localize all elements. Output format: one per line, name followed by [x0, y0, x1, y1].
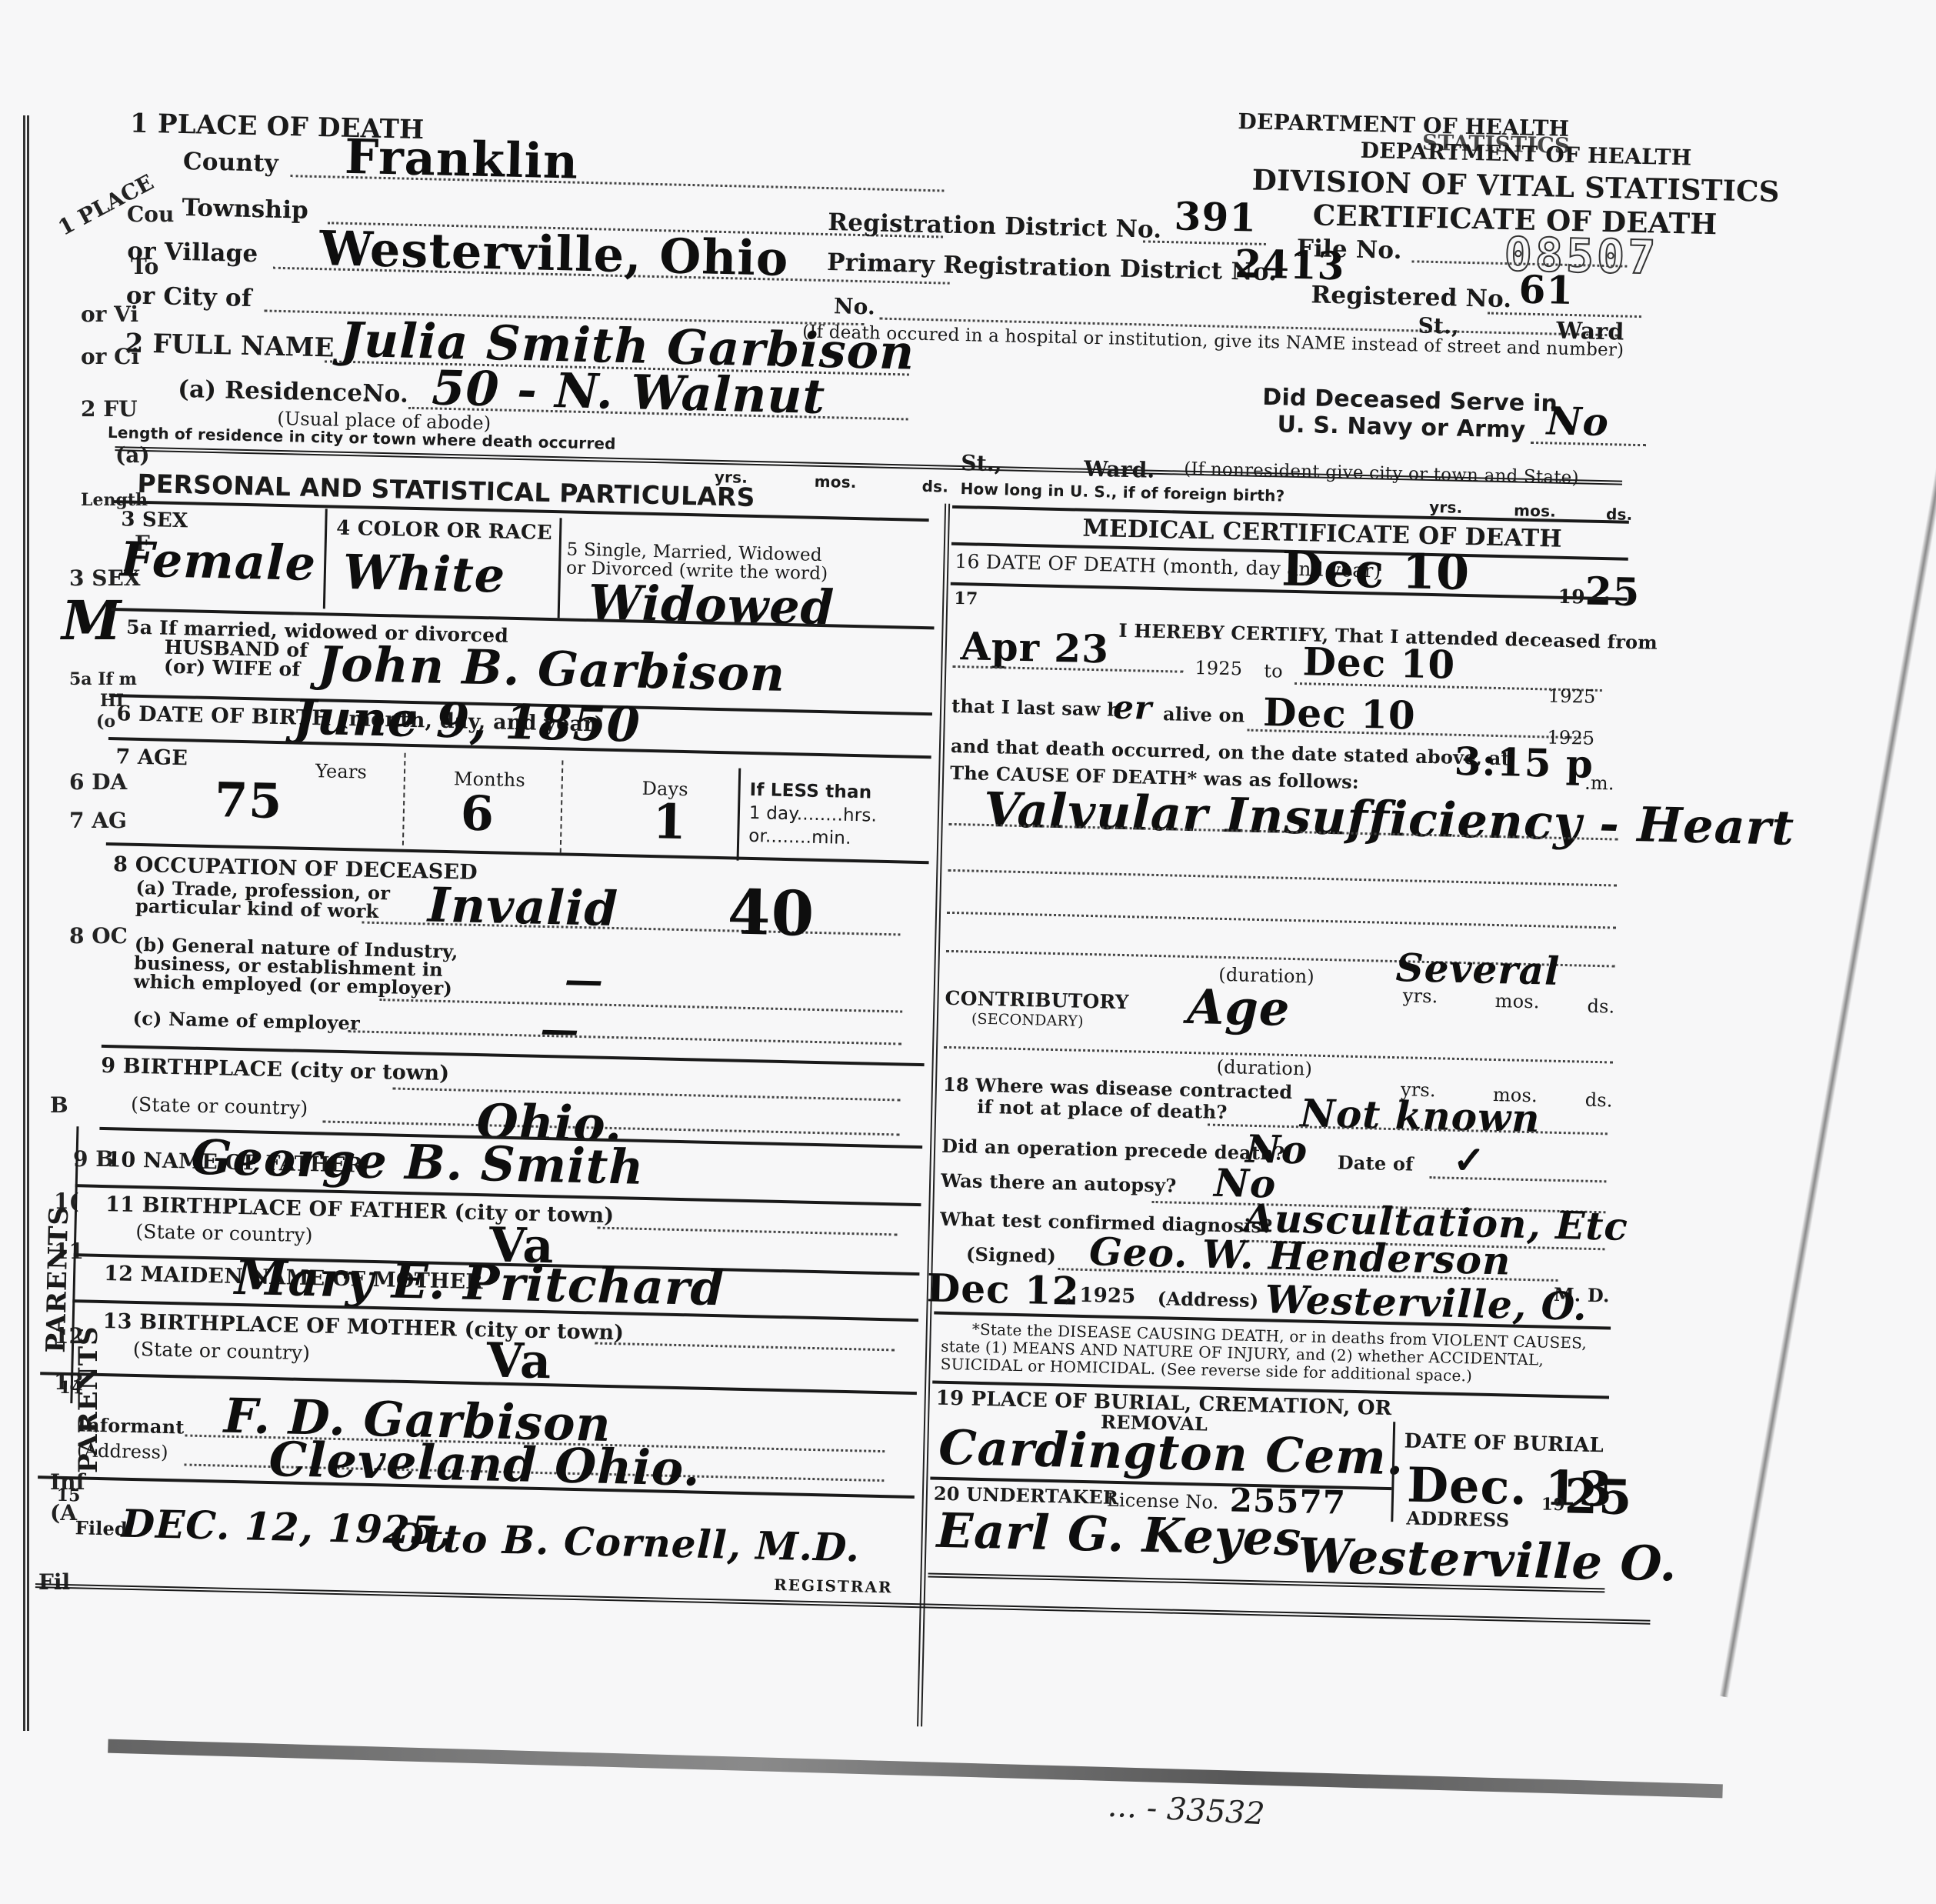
- doctor-address-label: (Address): [1157, 1287, 1258, 1312]
- parents-side-label: PARENTS: [41, 1205, 75, 1353]
- birthplace-label: 9 BIRTHPLACE (city or town): [101, 1054, 450, 1085]
- village-value: Westerville, Ohio: [319, 220, 789, 287]
- attended-to-year: 1925: [1548, 685, 1596, 707]
- length-mos: mos.: [814, 472, 856, 492]
- occ-b-value: —: [564, 957, 604, 1003]
- burial-date-label: DATE OF BURIAL: [1404, 1429, 1604, 1457]
- attended-from-year: 1925: [1195, 657, 1243, 679]
- registrar-label: REGISTRAR: [774, 1576, 893, 1596]
- age-months-value: 6: [460, 785, 495, 842]
- date-of-label: Date of: [1338, 1151, 1414, 1175]
- secondary-label: (SECONDARY): [971, 1011, 1084, 1030]
- back-label: B: [50, 1092, 68, 1118]
- race-label: 4 COLOR OR RACE: [336, 517, 552, 545]
- contracted-value: Not known: [1300, 1090, 1541, 1141]
- contracted-label-2: if not at place of death?: [977, 1095, 1228, 1123]
- city-label: or City of: [126, 282, 252, 312]
- cause-of-death-value: Valvular Insufficiency - Heart: [983, 782, 1795, 856]
- item-17-label: 17: [954, 589, 978, 609]
- sex-value: Female: [119, 531, 316, 592]
- undertaker-address-label: ADDRESS: [1406, 1507, 1510, 1532]
- navy-label-2: U. S. Navy or Army: [1277, 411, 1526, 443]
- signed-label: (Signed): [966, 1242, 1057, 1267]
- attended-to-value: Dec 10: [1302, 639, 1456, 687]
- race-value: White: [342, 544, 506, 604]
- contributory-value: Age: [1187, 979, 1291, 1037]
- father-name-value: George B. Smith: [191, 1129, 645, 1195]
- spouse-label-3: (or) WIFE of: [164, 655, 301, 681]
- dod-year-value: 25: [1584, 569, 1641, 615]
- duration-ds: ds.: [1587, 995, 1615, 1018]
- signed-year: , 1925: [1065, 1283, 1136, 1308]
- date-of-value: ✓: [1452, 1137, 1486, 1183]
- filed-label: Filed: [75, 1516, 128, 1540]
- death-certificate-scan: 1 PLACE Cou To or Vi or Ci 2 FU (a) Leng…: [0, 0, 1936, 1904]
- less-hrs-label: 1 day........hrs.: [749, 803, 878, 826]
- registered-no-label: Registered No.: [1311, 281, 1512, 313]
- back-label: Fil: [38, 1569, 70, 1595]
- st-label: St.,: [1418, 313, 1459, 339]
- hospital-note: (If death occured in a hospital or insti…: [802, 322, 1624, 360]
- occupation-value: Invalid: [427, 876, 618, 937]
- mother-birthplace-state: (State or country): [133, 1338, 311, 1364]
- occ-c-label: (c) Name of employer: [132, 1007, 360, 1035]
- duration-yrs: yrs.: [1402, 985, 1438, 1007]
- autopsy-label: Was there an autopsy?: [941, 1169, 1177, 1197]
- occ-a-label-2: particular kind of work: [135, 895, 379, 922]
- time-suffix: .m.: [1584, 772, 1614, 795]
- duration-ds-2: ds.: [1584, 1089, 1613, 1112]
- signed-date-value: Dec 12: [926, 1265, 1080, 1313]
- alive-on-label: alive on: [1163, 702, 1245, 726]
- residence-st-label: St.,: [961, 450, 1002, 476]
- to-label: to: [1264, 660, 1283, 682]
- full-name-label: 2 FULL NAME: [125, 328, 335, 363]
- statistics-overlay: STATISTICS: [1422, 130, 1571, 158]
- street-no-label: No.: [834, 293, 876, 319]
- contributory-label: CONTRIBUTORY: [945, 987, 1129, 1013]
- age-years-value: 75: [214, 772, 283, 829]
- county-value: Franklin: [344, 128, 579, 190]
- years-label: Years: [315, 760, 368, 783]
- residence-label: (a) Residence.: [178, 375, 372, 408]
- foreign-yrs: yrs.: [1429, 498, 1463, 517]
- sex-label: 3 SEX: [121, 508, 188, 532]
- township-label: Township: [182, 194, 308, 225]
- last-saw-her: er: [1113, 689, 1153, 727]
- burial-year-value: 25: [1564, 1468, 1633, 1526]
- foreign-birth-label: How long in U. S., if of foreign birth?: [960, 479, 1285, 505]
- less-than-label: If LESS than: [749, 780, 871, 803]
- duration-mos: mos.: [1494, 990, 1540, 1012]
- age-label: 7 AGE: [115, 745, 188, 770]
- father-birthplace-state: (State or country): [135, 1220, 313, 1246]
- village-label: or Village: [127, 237, 258, 268]
- registration-district-label: Registration District No.: [828, 208, 1162, 244]
- burial-year-prefix: 19: [1541, 1495, 1566, 1516]
- burial-place-value: Cardington Cem.: [938, 1419, 1405, 1486]
- length-ds: ds.: [921, 477, 948, 496]
- occupation-code: 40: [727, 875, 815, 950]
- attended-from-value: Apr 23: [960, 623, 1109, 672]
- informant-address-label: (Address): [77, 1439, 169, 1463]
- last-saw-label: that I last saw h: [951, 695, 1121, 721]
- registration-district-value: 391: [1174, 193, 1258, 240]
- age-days-value: 1: [652, 793, 688, 850]
- undertaker-value: Earl G. Keyes: [936, 1502, 1302, 1567]
- informant-num: 14: [58, 1378, 83, 1399]
- navy-value: No: [1546, 398, 1609, 445]
- bottom-reference-number: ... - 33532: [1107, 1789, 1265, 1832]
- duration-label-2: (duration): [1216, 1056, 1312, 1080]
- county-label: County: [183, 148, 279, 178]
- birthplace-state-label: (State or country): [131, 1093, 308, 1119]
- mother-birthplace-value: Va: [486, 1332, 552, 1389]
- occ-c-value: —: [540, 1006, 580, 1052]
- less-min-label: or........min.: [748, 826, 851, 849]
- residence-no-label: No.: [362, 379, 409, 408]
- registered-no-value: 61: [1518, 266, 1574, 313]
- filed-num: 15: [56, 1486, 81, 1506]
- registrar-signature: Otto B. Cornell, M.D.: [390, 1515, 861, 1571]
- time-of-death-value: 3:15 p: [1454, 739, 1594, 787]
- informant-label: Informant: [77, 1413, 185, 1438]
- ward-label: Ward: [1556, 318, 1624, 346]
- certificate-form: DEPARTMENT OF HEALTH DEPARTMENT OF HEALT…: [78, 92, 1784, 1776]
